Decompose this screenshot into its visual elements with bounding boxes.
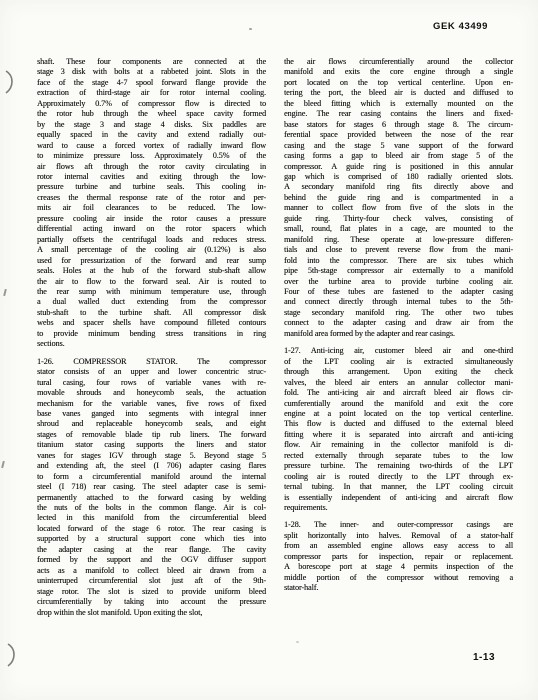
- text-line: to provide minimum bending stress transi…: [37, 329, 266, 339]
- text-line: pipe 5th-stage compressor air externally…: [284, 266, 513, 276]
- text-line: through this arrangement. Upon exiting t…: [284, 367, 513, 377]
- text-line: stages of removable blade tip rub liners…: [37, 430, 266, 440]
- text-line: to minimize pressure loss. Approximately…: [37, 151, 266, 161]
- text-line: equally spaced in the cavity and extend …: [37, 130, 266, 140]
- text-line: connect to the adapter casing and draw a…: [284, 318, 513, 328]
- scan-tick-mark: [1, 461, 5, 468]
- text-line: tials and close to prevent reverse flow …: [284, 245, 513, 255]
- text-line: fold. The anti-icing air and aircraft bl…: [284, 388, 513, 398]
- paragraph: 1-26. COMPRESSOR STATOR. The compressors…: [37, 357, 266, 618]
- text-line: webs and spacer shells have compound fil…: [37, 318, 266, 328]
- text-line: shroud and replaceable honeycomb seals, …: [37, 419, 266, 429]
- text-line: manifold ring. These operate at low-pres…: [284, 235, 513, 245]
- text-line: the rear sump with minimum temperature u…: [37, 287, 266, 297]
- text-line: stage 3 disk with bolts at a rabbeted jo…: [37, 67, 266, 77]
- text-line: to form a circumferential manifold aroun…: [37, 472, 266, 482]
- text-line: base vanes ganged into segments with int…: [37, 409, 266, 419]
- scan-speck: [249, 28, 252, 30]
- text-line: differential acting inward on the rotor …: [37, 224, 266, 234]
- text-line: middle portion of the compressor without…: [284, 573, 513, 583]
- text-line: A small percentage of the cooling air (0…: [37, 245, 266, 255]
- text-line: vanes for stages IGV through stage 5. Be…: [37, 451, 266, 461]
- text-line: casing and the stage 5 vane support of t…: [284, 141, 513, 151]
- text-line: partially offsets the centrifugal loads …: [37, 235, 266, 245]
- text-line: uninterruped circumferential slot just a…: [37, 576, 266, 586]
- text-line: supported by a structural support cone w…: [37, 534, 266, 544]
- text-line: cooling air is routed directly to the LP…: [284, 472, 513, 482]
- text-line: A secondary manifold ring fits directly …: [284, 182, 513, 192]
- text-line: rected externally through separate tubes…: [284, 451, 513, 461]
- text-line: pressure turbine. The remaining two-thir…: [284, 461, 513, 471]
- text-line: stator-half.: [284, 583, 513, 593]
- text-line: acts as a manifold to collect bleed air …: [37, 566, 266, 576]
- page-number: 1-13: [473, 652, 495, 663]
- text-line: permanently attached to the forward casi…: [37, 493, 266, 503]
- text-line: A borescope port at stage 4 permits insp…: [284, 562, 513, 572]
- scan-paren-mark-top: [3, 70, 17, 94]
- text-line: formed by the support and the OGV diffus…: [37, 555, 266, 565]
- text-line: drop within the slot manifold. Upon exit…: [37, 608, 266, 618]
- text-line: stage rotor. The slot is sized to provid…: [37, 587, 266, 597]
- text-line: mechanism for the variable vanes, five r…: [37, 399, 266, 409]
- text-line: manifold and exits the core engine throu…: [284, 67, 513, 77]
- text-line: sections.: [37, 339, 266, 349]
- text-line: manner to collect flow from five of the …: [284, 203, 513, 213]
- text-line: creases the thermal response rate of the…: [37, 193, 266, 203]
- text-line: This flow is ducted and diffused to the …: [284, 419, 513, 429]
- scan-speck: [296, 641, 299, 643]
- text-line: stator consists of an upper and lower co…: [37, 367, 266, 377]
- text-line: engine. The rear casing contains the lin…: [284, 109, 513, 119]
- text-columns: shaft. These four components are connect…: [37, 57, 513, 625]
- text-line: engine at a point located on the top ver…: [284, 409, 513, 419]
- text-line: located forward of the stage 6 rotor. Th…: [37, 524, 266, 534]
- text-line: by the stage 3 and stage 4 disks. Six pa…: [37, 120, 266, 130]
- text-line: pressure cooling air inside the rotor ca…: [37, 214, 266, 224]
- text-line: extraction of third-stage air for rotor …: [37, 88, 266, 98]
- text-line: small, round, flat plates in a cage, are…: [284, 224, 513, 234]
- text-line: mits air foil clearances to be reduced. …: [37, 203, 266, 213]
- text-line: is essentially independent of anti-icing…: [284, 493, 513, 503]
- text-line: the nuts of the bolts in the common flan…: [37, 503, 266, 513]
- paragraph: shaft. These four components are connect…: [37, 57, 266, 350]
- text-line: the rotor hub through the wheel space ca…: [37, 109, 266, 119]
- text-line: steel (I 718) rear casing. The steel ada…: [37, 482, 266, 492]
- text-line: the air flows circumferentially around t…: [284, 57, 513, 67]
- text-line: ferential space provided between the nos…: [284, 130, 513, 140]
- text-line: from an assembled engine allows easy acc…: [284, 541, 513, 551]
- text-line: a dual walled duct extending from the co…: [37, 297, 266, 307]
- manual-page: GEK 43499 shaft. These four components a…: [0, 0, 538, 700]
- text-line: seals. Holes at the hub of the forward s…: [37, 266, 266, 276]
- page-header-code: GEK 43499: [433, 21, 488, 32]
- text-line: movable shrouds and honeycomb seals, the…: [37, 388, 266, 398]
- text-line: flow. Air remaining in the collector man…: [284, 440, 513, 450]
- text-line: Approximately 0.7% of compressor flow is…: [37, 99, 266, 109]
- text-line: pressure turbine and turbine seals. This…: [37, 182, 266, 192]
- text-line: the air to flow to the forward seal. Air…: [37, 277, 266, 287]
- text-line: tering the port, the bleed air is ducted…: [284, 88, 513, 98]
- text-line: 1-28. The inner- and outer-compressor ca…: [284, 520, 513, 530]
- scan-tick-mark: [3, 289, 7, 296]
- text-line: base stators for stages 6 through stage …: [284, 120, 513, 130]
- scan-paren-mark-bottom: [5, 643, 19, 667]
- text-line: split horizontally into halves. Removal …: [284, 531, 513, 541]
- text-line: stage secondary manifold ring. The other…: [284, 308, 513, 318]
- text-line: the adapter casing at the rear flange. T…: [37, 545, 266, 555]
- text-line: behind the guide ring and is compartment…: [284, 193, 513, 203]
- text-line: ternal tubing. In that manner, the LPT c…: [284, 482, 513, 492]
- text-line: 1-26. COMPRESSOR STATOR. The compressor: [37, 357, 266, 367]
- text-line: fold into the compressor. There are six …: [284, 256, 513, 266]
- text-line: manifold area formed by the adapter and …: [284, 329, 513, 339]
- text-line: valves, the bleed air enters an annular …: [284, 378, 513, 388]
- text-line: face of the stage 4-7 spool forward flan…: [37, 78, 266, 88]
- text-column-right: the air flows circumferentially around t…: [284, 57, 513, 625]
- text-line: over the turbine area to provide turbine…: [284, 277, 513, 287]
- text-line: port located on the top vertical centerl…: [284, 78, 513, 88]
- text-line: and extending aft, the steel (I 706) ada…: [37, 461, 266, 471]
- paragraph: the air flows circumferentially around t…: [284, 57, 513, 339]
- text-line: used for pressurization of the forward a…: [37, 256, 266, 266]
- text-line: circumferentially by taking into account…: [37, 597, 266, 607]
- text-line: the bleed fitting which is externally mo…: [284, 99, 513, 109]
- text-line: tural casing, four rows of variable vane…: [37, 378, 266, 388]
- text-line: and connect directly through internal tu…: [284, 297, 513, 307]
- text-line: of the LPT cooling air is extracted simu…: [284, 357, 513, 367]
- text-line: guide ring. Thirty-four check valves, co…: [284, 214, 513, 224]
- text-line: rotor internal cavities and exiting thro…: [37, 172, 266, 182]
- text-line: compressor. A guide ring is positioned i…: [284, 162, 513, 172]
- text-column-left: shaft. These four components are connect…: [37, 57, 266, 625]
- text-line: requirements.: [284, 503, 513, 513]
- text-line: cumferentially around the manifold and e…: [284, 399, 513, 409]
- text-line: lected in this manifold from the circumf…: [37, 513, 266, 523]
- text-line: stub-shaft to the turbine shaft. All com…: [37, 308, 266, 318]
- text-line: gap which is comprised of 180 radially o…: [284, 172, 513, 182]
- paragraph: 1-28. The inner- and outer-compressor ca…: [284, 520, 513, 593]
- text-line: fitting where it is separated into aircr…: [284, 430, 513, 440]
- text-line: Four of these tubes are fastened to the …: [284, 287, 513, 297]
- text-line: air flows aft through the rotor cavity c…: [37, 162, 266, 172]
- text-line: compressor parts for inspection, repair …: [284, 552, 513, 562]
- text-line: 1-27. Anti-icing air, customer bleed air…: [284, 346, 513, 356]
- text-line: casing forms a gap to bleed air from sta…: [284, 151, 513, 161]
- text-line: ward to cause a forced vortex of radiall…: [37, 141, 266, 151]
- text-line: titanium stator casing supports the line…: [37, 440, 266, 450]
- paragraph: 1-27. Anti-icing air, customer bleed air…: [284, 346, 513, 513]
- text-line: shaft. These four components are connect…: [37, 57, 266, 67]
